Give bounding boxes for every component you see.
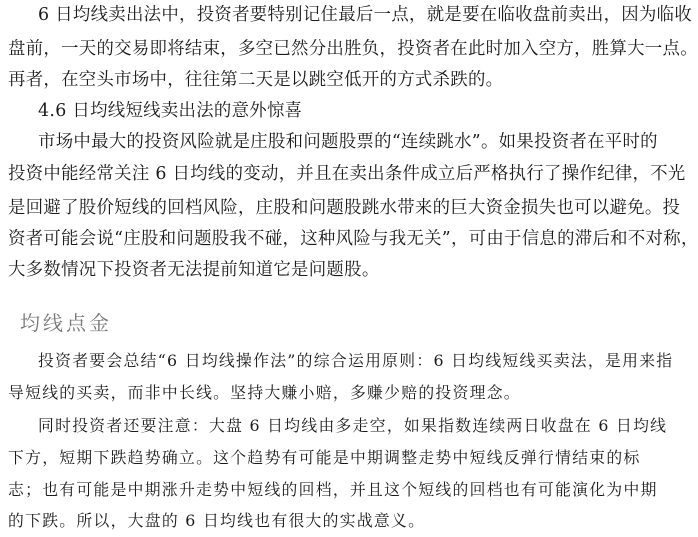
text-line: 市场中最大的投资风险就是庄股和问题股票的“连续跳水”。如果投资者在平时的	[38, 131, 694, 153]
text-line: 盘前，一天的交易即将结束，多空已然分出胜负，投资者在此时加入空方，胜算大一点。	[8, 38, 694, 60]
text-line: 志；也有可能是中期涨升走势中短线的回档，并且这个短线的回档也有可能演化为中期	[8, 479, 694, 501]
text-line: 大多数情况下投资者无法提前知道它是问题股。	[8, 259, 694, 281]
text-line: 下方，短期下跌趋势确立。这个趋势有可能是中期调整走势中短线反弹行情结束的标	[8, 447, 694, 469]
text-line: 投资者要会总结“6 日均线操作法”的综合运用原则：6 日均线短线买卖法，是用来指	[38, 350, 694, 372]
text-line: 是回避了股价短线的回档风险，庄股和问题股跳水带来的巨大资金损失也可以避免。投	[8, 197, 694, 219]
text-line: 资者可能会说“庄股和问题股我不碰，这种风险与我无关”，可由于信息的滞后和不对称，	[8, 228, 694, 250]
text-line: 的下跌。所以，大盘的 6 日均线也有很大的实战意义。	[8, 510, 694, 532]
text-line: 6 日均线卖出法中，投资者要特别记住最后一点，就是要在临收盘前卖出，因为临收	[38, 4, 694, 26]
text-line: 导短线的买卖，而非中长线。坚持大赚小赔，多赚少赔的投资理念。	[8, 382, 694, 404]
text-line: 投资中能经常关注 6 日均线的变动，并且在卖出条件成立后严格执行了操作纪律，不光	[8, 163, 694, 185]
text-line: 再者，在空头市场中，往往第二天是以跳空低开的方式杀跌的。	[8, 69, 694, 91]
subheading: 4.6 日均线短线卖出法的意外惊喜	[38, 100, 694, 122]
section-heading: 均线点金	[20, 307, 112, 336]
text-line: 同时投资者还要注意：大盘 6 日均线由多走空，如果指数连续两日收盘在 6 日均线	[38, 415, 694, 437]
